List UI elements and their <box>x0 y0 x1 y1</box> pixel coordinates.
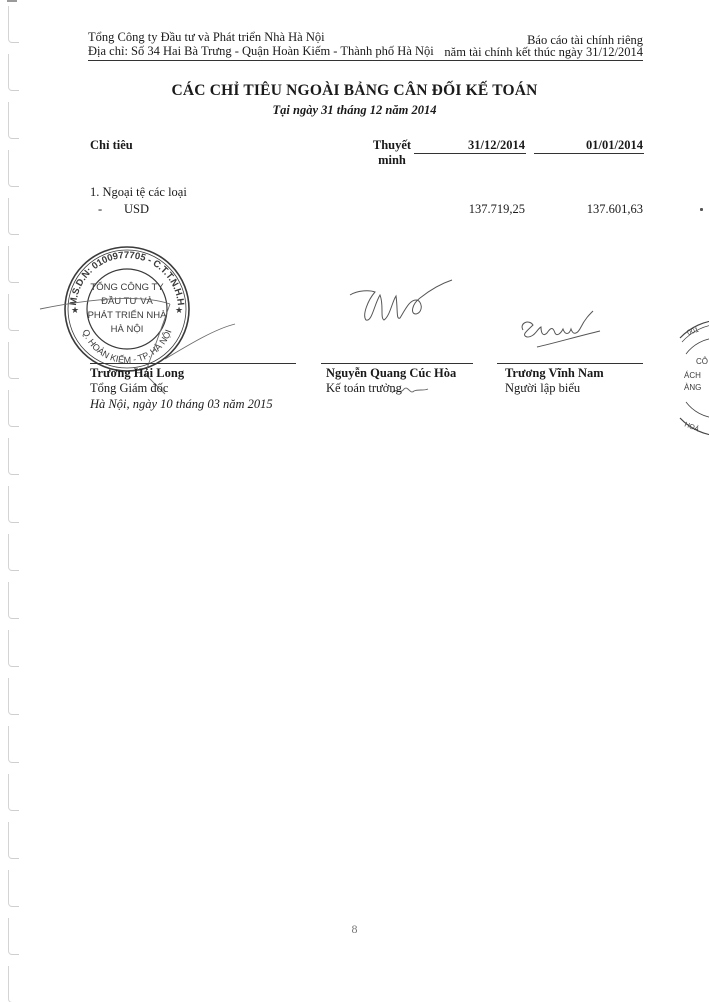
page-number: 8 <box>0 922 709 937</box>
signatory-role-chief-accountant: Kế toán trưởng <box>326 381 402 396</box>
binding-mark <box>8 822 19 859</box>
header-divider <box>88 60 643 61</box>
partial-seal-fragment: CÔ <box>696 357 708 366</box>
partial-seal-right: 001 CÔ ÁCH ÀNG HOÀ <box>676 318 709 438</box>
binding-mark <box>8 198 19 235</box>
report-period: năm tài chính kết thúc ngày 31/12/2014 <box>444 45 643 60</box>
column-header-date-start: 01/01/2014 <box>586 138 643 153</box>
signature-line-director <box>90 363 296 364</box>
binding-mark <box>8 246 19 283</box>
table-row-label: 1. Ngoại tệ các loại <box>90 185 187 200</box>
signatory-name-preparer: Trương Vĩnh Nam <box>505 366 604 381</box>
document-title: CÁC CHỈ TIÊU NGOÀI BẢNG CÂN ĐỐI KẾ TOÁN <box>0 82 709 100</box>
scan-speck <box>700 208 703 211</box>
company-name: Tổng Công ty Đầu tư và Phát triển Nhà Hà… <box>88 30 325 45</box>
binding-mark <box>8 630 19 667</box>
signature-line-chief-accountant <box>321 363 473 364</box>
binding-mark <box>8 438 19 475</box>
chief-accountant-signature <box>340 270 460 330</box>
table-cell-value-start: 137.601,63 <box>587 202 643 217</box>
binding-mark <box>8 726 19 763</box>
binding-mark <box>8 678 19 715</box>
binding-mark <box>8 486 19 523</box>
column-header-note-line2: minh <box>362 153 422 168</box>
binding-mark-top <box>7 0 17 2</box>
table-row-bullet: - <box>98 202 102 217</box>
signatory-role-preparer: Người lập biểu <box>505 381 580 396</box>
company-address: Địa chỉ: Số 34 Hai Bà Trưng - Quận Hoàn … <box>88 44 434 59</box>
column-rule-date-start <box>534 153 644 154</box>
place-and-date: Hà Nội, ngày 10 tháng 03 năm 2015 <box>90 397 273 412</box>
binding-mark <box>8 582 19 619</box>
signature-line-preparer <box>497 363 643 364</box>
signatory-role-director: Tổng Giám đốc <box>90 381 168 396</box>
table-cell-value-end: 137.719,25 <box>469 202 525 217</box>
column-header-item: Chỉ tiêu <box>90 138 133 153</box>
preparer-signature <box>515 305 615 355</box>
binding-mark <box>8 870 19 907</box>
signatory-name-director: Trương Hải Long <box>90 366 184 381</box>
binding-mark <box>8 966 19 1002</box>
signatory-name-chief-accountant: Nguyễn Quang Cúc Hòa <box>326 366 456 381</box>
document-subtitle: Tại ngày 31 tháng 12 năm 2014 <box>0 103 709 118</box>
column-header-note-line1: Thuyết <box>362 138 422 153</box>
column-header-note: Thuyết minh <box>362 138 422 168</box>
binding-mark <box>8 150 19 187</box>
partial-seal-fragment: ÀNG <box>684 383 701 392</box>
binding-mark <box>8 774 19 811</box>
binding-mark <box>8 294 19 331</box>
binding-mark <box>8 390 19 427</box>
table-row-label: USD <box>124 202 149 217</box>
column-rule-date-end <box>414 153 526 154</box>
partial-seal-fragment: ÁCH <box>684 371 701 380</box>
binding-mark <box>8 342 19 379</box>
column-header-date-end: 31/12/2014 <box>468 138 525 153</box>
partial-seal-fragment: 001 <box>686 327 699 337</box>
binding-mark <box>8 534 19 571</box>
binding-mark <box>8 6 19 43</box>
